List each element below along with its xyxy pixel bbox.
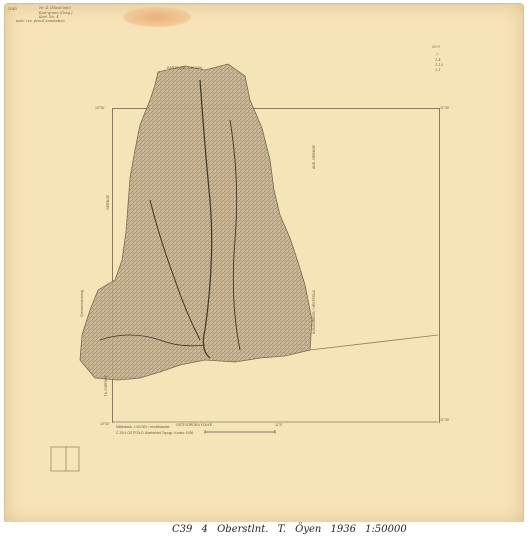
map-bottom-title: OSTFJORDEN FOLKE [176,423,212,427]
catalog-year: 1936 [331,524,356,535]
map-legend-small: Målestokk: 1:50 000 / ekvidistanse [116,425,170,429]
coord-top-right: 11°30' [440,106,450,110]
map-top-title: KARTE (SK. 1:50 000) [167,66,202,70]
left-label-sverige: TIL SVERIGE [104,375,108,396]
right-label-grense: AUS. GRENSE [312,145,316,169]
catalog-label: C39 4 Oberstlnt. T. Öyen 1936 1:50000 [172,524,407,535]
coord-top-left: 10°30' [95,106,105,110]
left-label-grense: GRENSE [106,195,110,210]
coord-bottom-left: 10°30' [100,422,110,426]
coord-bottom-right: 11°30' [440,418,450,422]
right-label-region: KONGSBERG / VESTFOLD [312,290,316,334]
map-drawing [0,0,529,541]
catalog-id: C39 4 [172,524,208,535]
catalog-author: Oberstlnt. T. Öyen [217,524,321,535]
catalog-scale: 1:50000 [365,524,407,535]
left-label-merkning: Grense/merkning [80,290,84,317]
map-scale-caption: C 39.4 OSTFOLD Utarbeidet Topogr. Kontor… [116,431,193,435]
coord-bottom-mid: 11°0' [275,423,283,427]
